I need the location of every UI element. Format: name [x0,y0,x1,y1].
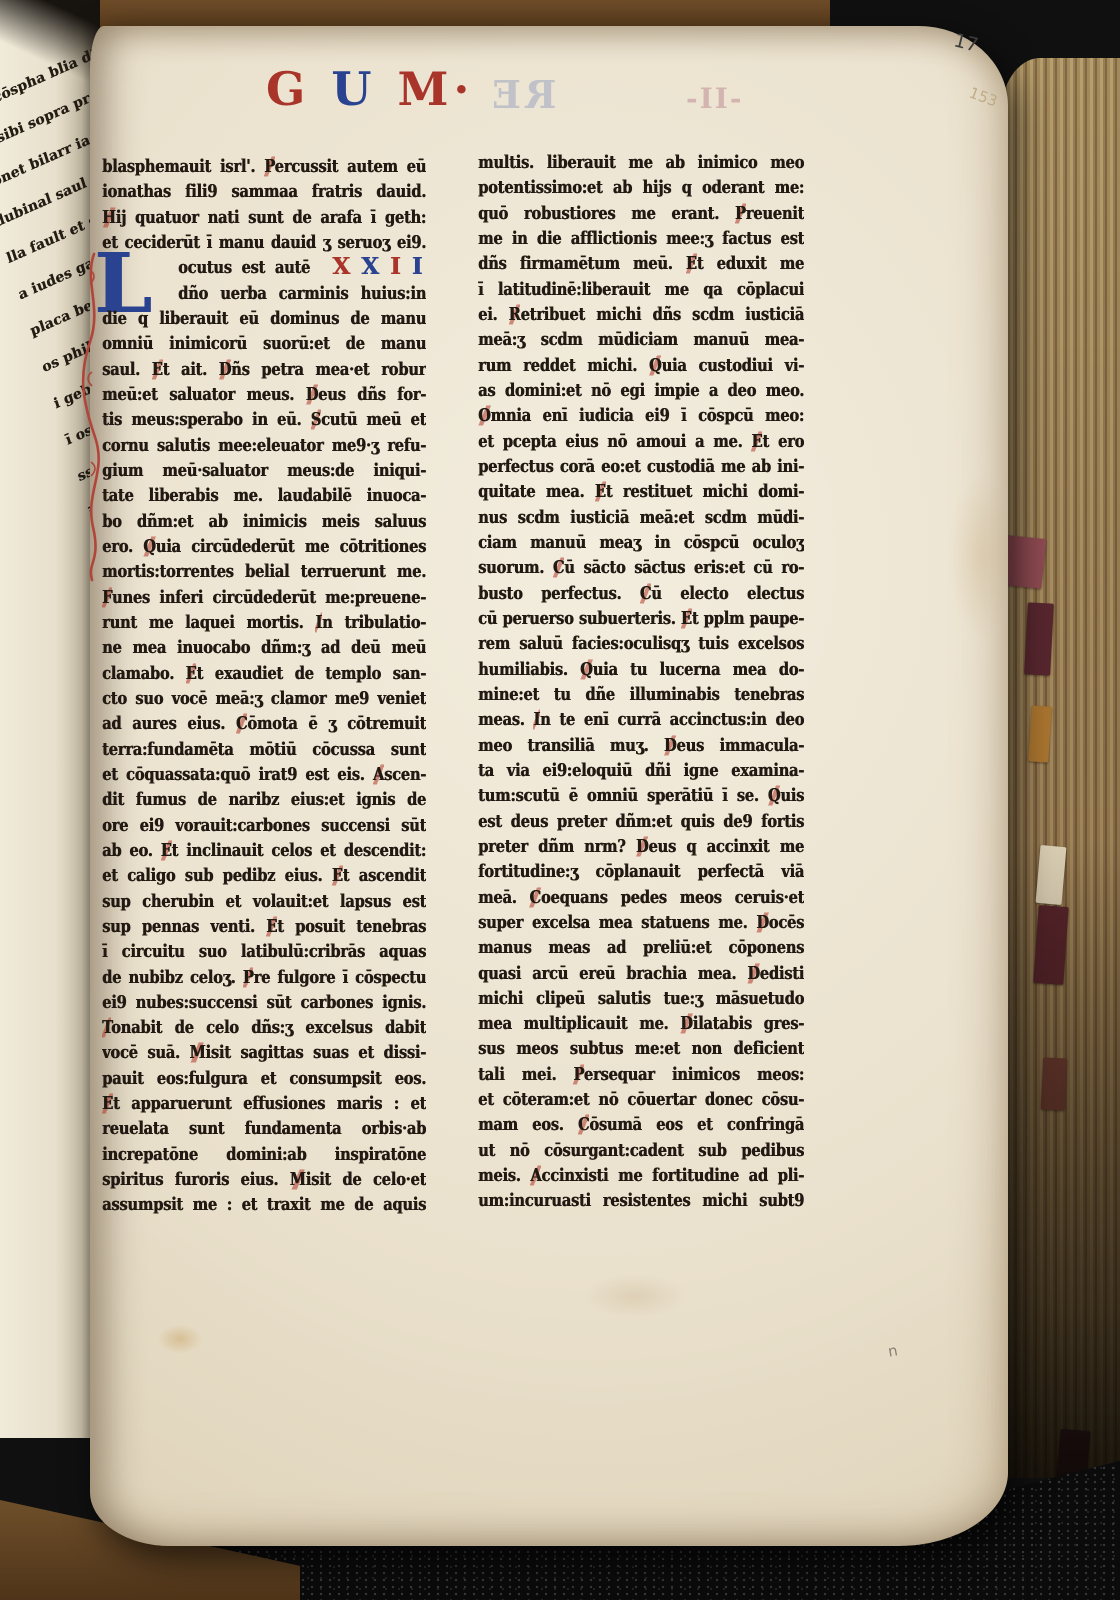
rubricated-capital: M [189,1043,205,1063]
running-title-letter: U [331,62,376,116]
leather-tab [1041,1057,1068,1110]
rubricated-capital: P [573,1064,583,1084]
rubricated-capital: A [530,1166,541,1186]
rubricated-capital: M [290,1170,306,1190]
rubricated-capital: D [680,1014,692,1034]
parchment-stain [560,1264,710,1328]
rubricated-capital: D [636,836,648,856]
parchment-tab [1036,845,1067,905]
fore-edge [1000,58,1120,1478]
rubricated-capital: D [756,912,768,932]
rubricated-capital: F [102,587,112,607]
column-lines: blasphemauit isrl'. Percussit autem eūio… [102,154,426,1218]
rubricated-capital: Q [768,786,781,806]
rubricated-capital: I [315,612,322,632]
rubricated-capital: E [686,254,697,274]
rubricated-capital: D [219,359,231,379]
rubricated-capital: C [236,714,247,734]
rubricated-capital: C [578,1115,589,1135]
rubricated-capital: C [529,887,540,907]
running-title-letter: G [266,62,310,116]
rubricated-capital: S [311,410,321,430]
pencil-squiggle: n [887,1341,899,1360]
rubricated-capital: E [751,431,762,451]
rubricated-capital: Q [649,355,662,375]
running-title-letter: M· [397,62,474,116]
rubricated-capital: E [681,608,692,628]
rubricated-capital: E [595,482,606,502]
folio-number: 153 [967,84,1000,111]
rubricated-capital: Q [580,659,593,679]
leather-tab [1033,905,1068,985]
showthrough-chapter-mark: -II- [686,82,743,115]
rubricated-capital: E [332,866,343,886]
rubricated-capital: E [266,916,277,936]
rubricated-capital: A [373,764,384,784]
photo-scene: auit cōspha blia d'uit sibi sopra prebon… [0,0,1120,1600]
rubricated-capital: C [553,558,564,578]
parchment-stain [936,446,1026,666]
leather-tab [1024,602,1054,675]
rubricated-capital: P [735,203,746,223]
leather-tab [1028,705,1052,762]
column-lines: multis. liberauit me ab inimico meopoten… [478,150,804,1214]
rubricated-capital: R [509,304,521,324]
text-column-right: multis. liberauit me ab inimico meopoten… [478,150,804,1214]
rubricated-capital: E [161,840,172,860]
rubricated-capital: E [186,663,197,683]
rubricated-capital: Q [143,536,156,556]
rubricated-capital: O [478,406,491,426]
rubricated-capital: D [664,735,676,755]
rubricated-capital: D [747,963,759,983]
rubricated-capital: P [243,967,254,987]
rubricated-capital: E [152,359,163,379]
rubricated-capital: C [640,583,651,603]
rubricated-capital: D [306,384,318,404]
rubricated-capital: E [102,1094,113,1114]
bible-page: G U M· RE -II- L X X I I blasphemauit i [90,26,1008,1546]
rubricated-capital: H [102,207,116,227]
text-line: um:incuruasti resistentes michi subt9 [478,1186,804,1216]
text-column-left: L X X I I blasphemauit isrl'. Percussit … [102,154,426,1218]
parchment-stain [148,1318,212,1360]
rubricated-capital: P [264,156,274,176]
running-title: G U M· [266,62,474,116]
facing-page-strip: auit cōspha blia d'uit sibi sopra prebon… [0,0,100,1438]
pencil-mark: 17 [952,29,981,56]
facing-page-text: auit cōspha blia d'uit sibi sopra prebon… [0,0,100,1332]
rubricated-capital: T [102,1018,111,1038]
text-line: assumpsit me : et traxit me de aquis [102,1190,426,1220]
rubricated-capital: I [533,710,540,730]
showthrough-running-title: RE [488,72,557,117]
